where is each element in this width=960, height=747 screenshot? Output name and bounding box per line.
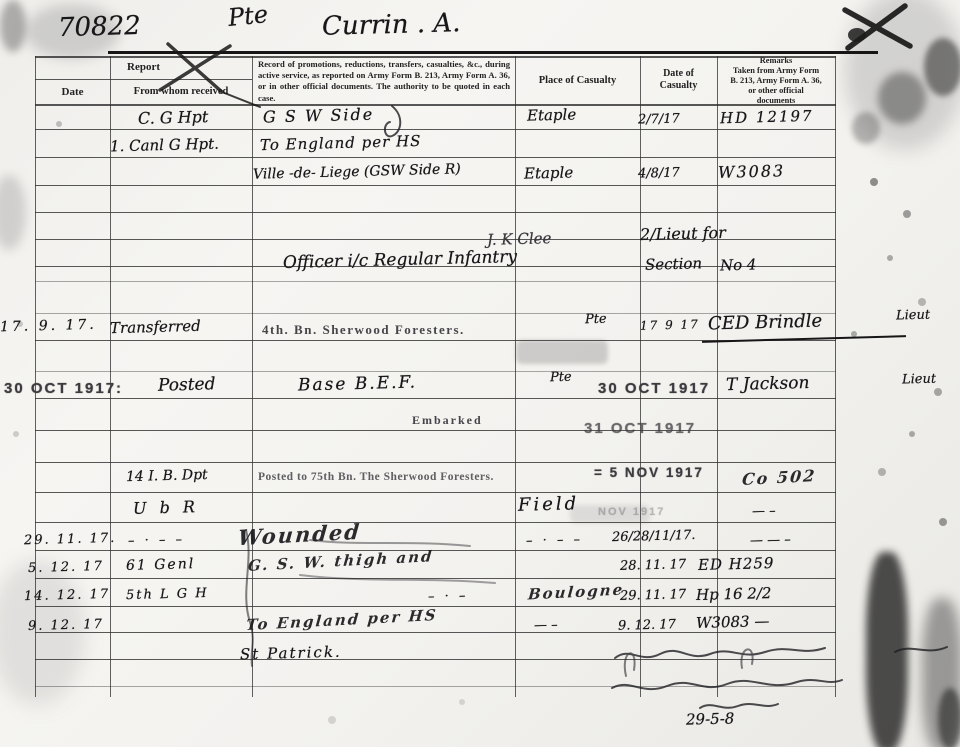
entry-from-whom: 14 I. B. Dpt bbox=[126, 467, 208, 485]
rule-line bbox=[35, 371, 836, 372]
entry-rank: Pte bbox=[550, 370, 572, 386]
rank-abbreviation: Pte bbox=[227, 0, 270, 32]
entry-record-stamp: Embarked bbox=[412, 413, 483, 428]
service-number: 70822 bbox=[58, 11, 141, 43]
entry-rank-title: Lieut bbox=[896, 308, 930, 324]
entry-date-stamp: 30 OCT 1917: bbox=[4, 380, 123, 397]
entry-casualty-date: 9. 12. 17 bbox=[618, 617, 676, 634]
entry-record: G. S. W. thigh and bbox=[247, 547, 434, 575]
entry-record: Section bbox=[645, 254, 703, 273]
column-divider bbox=[515, 56, 516, 697]
stain bbox=[852, 112, 880, 144]
entry-remarks: W3083 — bbox=[696, 612, 770, 632]
column-divider bbox=[252, 56, 253, 697]
entry-remarks: ED H259 bbox=[698, 554, 775, 574]
entry-casualty-date: 2/7/17 bbox=[638, 111, 680, 127]
remarks-column-header: Remarks Taken from Army Form B. 213, Arm… bbox=[717, 56, 835, 106]
rule-line bbox=[35, 398, 836, 399]
entry-casualty-date-stamp: 30 OCT 1917 bbox=[598, 380, 710, 397]
entry-remarks: Co 502 bbox=[741, 466, 817, 489]
entry-remarks: Hp 16 2/2 bbox=[696, 584, 772, 604]
entry-casualty-date-stamp: 31 OCT 1917 bbox=[584, 420, 696, 437]
entry-casualty-date-stamp: = 5 NOV 1917 bbox=[594, 465, 704, 480]
stain bbox=[878, 72, 926, 124]
entry-place: Etaple bbox=[527, 105, 577, 124]
rule-line bbox=[35, 185, 836, 186]
title-rule bbox=[108, 51, 878, 54]
entry-remarks: — — – bbox=[750, 532, 791, 548]
entry-remarks: W3083 bbox=[718, 161, 786, 182]
rule-line bbox=[35, 462, 836, 463]
entry-record: – · – bbox=[428, 588, 469, 604]
signature-underline bbox=[702, 335, 906, 343]
entry-record-stamp: Posted to 75th Bn. The Sherwood Forester… bbox=[258, 471, 494, 483]
rule-line bbox=[35, 522, 836, 523]
entry-casualty-date: 28. 11. 17 bbox=[620, 557, 687, 574]
entry-record: G S W Side bbox=[263, 105, 375, 127]
entry-record: Officer i/c Regular Infantry bbox=[283, 247, 517, 273]
entry-casualty-date: 26/28/11/17. bbox=[612, 528, 696, 545]
entry-signature: CED Brindle bbox=[708, 311, 823, 335]
entry-date: 5. 12. 17 bbox=[28, 559, 104, 576]
rule-line bbox=[35, 56, 836, 58]
casualty-date-column-header: Date of Casualty bbox=[640, 68, 717, 92]
entry-record: St Patrick. bbox=[240, 643, 342, 664]
entry-signature: J. K Clee bbox=[487, 229, 552, 249]
rule-line bbox=[35, 157, 836, 158]
stain bbox=[938, 688, 960, 747]
entry-place: Etaple bbox=[524, 163, 574, 182]
entry-footer-date: 29-5-8 bbox=[686, 709, 735, 728]
entry-remarks: — – bbox=[752, 504, 776, 520]
entry-place: Field bbox=[518, 493, 580, 516]
entry-from-whom: 61 Genl bbox=[126, 556, 196, 574]
entry-record: Base B.E.F. bbox=[298, 372, 418, 395]
rule-line bbox=[35, 129, 836, 130]
entry-rank-title: Lieut bbox=[902, 372, 936, 388]
rule-line bbox=[35, 281, 836, 282]
entry-remarks: HD 12197 bbox=[720, 107, 814, 127]
rule-line bbox=[35, 430, 836, 431]
entry-date: 14. 12. 17 bbox=[24, 587, 111, 604]
entry-casualty-date: 4/8/17 bbox=[638, 165, 680, 181]
from-whom-column-header: From whom received bbox=[110, 86, 252, 99]
scanned-service-record: 70822 Pte Currin . A. Report Date From w… bbox=[0, 0, 960, 747]
entry-record: To England per HS bbox=[260, 132, 422, 154]
entry-casualty-date-stamp: NOV 1917 bbox=[598, 506, 665, 518]
ink-streak bbox=[866, 552, 908, 747]
report-header: Report bbox=[35, 61, 252, 74]
entry-rank: Pte bbox=[585, 312, 607, 328]
entry-date: 9. 12. 17 bbox=[28, 617, 104, 634]
entry-casualty-date: 17 9 17 bbox=[640, 317, 700, 333]
entry-from-whom: 1. Canl G Hpt. bbox=[110, 135, 219, 156]
rule-line bbox=[35, 659, 836, 660]
rule-line bbox=[35, 104, 836, 106]
entry-from-whom: 5th L G H bbox=[126, 586, 209, 603]
entry-record: Wounded bbox=[237, 519, 362, 551]
entry-signature: T Jackson bbox=[726, 373, 810, 395]
entry-date: 17. 9. 17. bbox=[0, 317, 97, 336]
column-divider bbox=[835, 56, 836, 697]
soldier-name: Currin . A. bbox=[322, 8, 461, 42]
stain bbox=[0, 0, 26, 52]
rule-line bbox=[35, 632, 836, 633]
entry-from-whom: C. G Hpt bbox=[138, 107, 209, 128]
place-column-header: Place of Casualty bbox=[515, 75, 640, 88]
date-column-header: Date bbox=[35, 86, 110, 99]
rule-line bbox=[35, 492, 836, 493]
entry-record: Ville -de- Liege (GSW Side R) bbox=[253, 161, 461, 182]
entry-date: 29. 11. 17. bbox=[24, 531, 117, 548]
entry-place: — – bbox=[534, 618, 558, 634]
entry-place: Boulogne bbox=[527, 580, 625, 603]
entry-remarks: No 4 bbox=[720, 256, 757, 275]
entry-from-whom: Posted bbox=[158, 374, 216, 395]
entry-place: – · – – bbox=[526, 532, 583, 548]
paper-speckles bbox=[0, 0, 4, 4]
stain bbox=[924, 38, 960, 96]
entry-from-whom: – · – – bbox=[128, 532, 185, 548]
rule-line bbox=[35, 79, 252, 80]
rule-line bbox=[35, 212, 836, 213]
entry-from-whom: Transferred bbox=[110, 317, 201, 337]
rule-line bbox=[35, 578, 836, 579]
faint-stamp-smudge bbox=[516, 340, 608, 364]
entry-record: To England per HS bbox=[245, 606, 438, 634]
record-column-header: Record of promotions, reductions, transf… bbox=[258, 59, 510, 104]
entry-remarks: 2/Lieut for bbox=[640, 223, 726, 244]
entry-casualty-date: 29. 11. 17 bbox=[620, 587, 687, 604]
entry-record-stamp: 4th. Bn. Sherwood Foresters. bbox=[262, 322, 465, 338]
entry-from-whom: U b R bbox=[133, 497, 199, 518]
rule-line bbox=[35, 550, 836, 551]
stain bbox=[0, 175, 26, 250]
rule-line bbox=[35, 686, 836, 687]
